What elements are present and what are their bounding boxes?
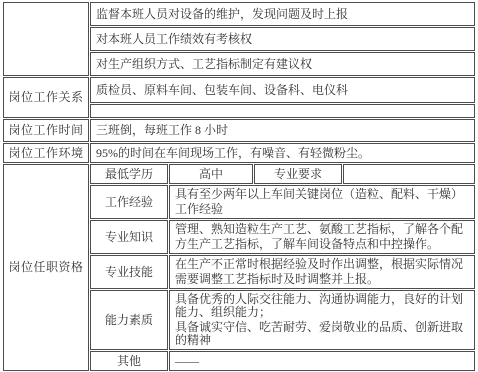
environment-label: 岗位工作环境: [3, 143, 89, 163]
competency-value: 具备优秀的人际交往能力、沟通协调能力，良好的计划能力、组织能力； 具备诚实守信、…: [169, 290, 475, 350]
education-label: 最低学历: [90, 164, 168, 184]
other-label: 其他: [90, 351, 168, 371]
duty-item-1: 监督本班人员对设备的维护，发现问题及时上报: [90, 2, 475, 26]
skills-label: 专业技能: [90, 255, 168, 289]
work-time-value: 三班倒，每班工作 8 小时: [90, 119, 475, 142]
major-requirement-value: [343, 164, 475, 184]
duty-item-3: 对生产组织方式、工艺指标制定有建议权: [90, 52, 475, 76]
duties-label-cell-empty: [3, 2, 89, 76]
education-value: 高中: [169, 164, 253, 184]
relations-label: 岗位工作关系: [3, 77, 89, 118]
experience-value: 具有至少两年以上车间关键岗位（造粒、配料、干燥）工作经验: [169, 185, 475, 219]
competency-line-1: 具备优秀的人际交往能力、沟通协调能力，良好的计划能力、组织能力；: [175, 292, 469, 320]
relations-value: 质检员、原料车间、包装车间、设备科、电仪科: [90, 77, 475, 103]
competency-label: 能力素质: [90, 290, 168, 350]
relations-empty-cell: [90, 104, 475, 118]
experience-label: 工作经验: [90, 185, 168, 219]
major-requirement-label: 专业要求: [254, 164, 342, 184]
other-value: ——: [169, 351, 475, 371]
skills-value: 在生产不正常时根据经验及时作出调整，根据实际情况需要调整工艺指标时及时调整并上报…: [169, 255, 475, 289]
environment-value: 95%的时间在车间现场工作，有噪音、有轻微粉尘。: [90, 143, 475, 163]
competency-line-2: 具备诚实守信、吃苦耐劳、爱岗敬业的品质、创新进取的精神: [175, 320, 469, 348]
knowledge-value: 管理、熟知造粒生产工艺、氨酸工艺指标，了解各个配方生产工艺指标，了解车间设备特点…: [169, 220, 475, 254]
job-description-table: 监督本班人员对设备的维护，发现问题及时上报 对本班人员工作绩效有考核权 对生产组…: [2, 1, 476, 372]
duty-item-2: 对本班人员工作绩效有考核权: [90, 27, 475, 51]
qualifications-label: 岗位任职资格: [3, 164, 89, 371]
work-time-label: 岗位工作时间: [3, 119, 89, 142]
knowledge-label: 专业知识: [90, 220, 168, 254]
